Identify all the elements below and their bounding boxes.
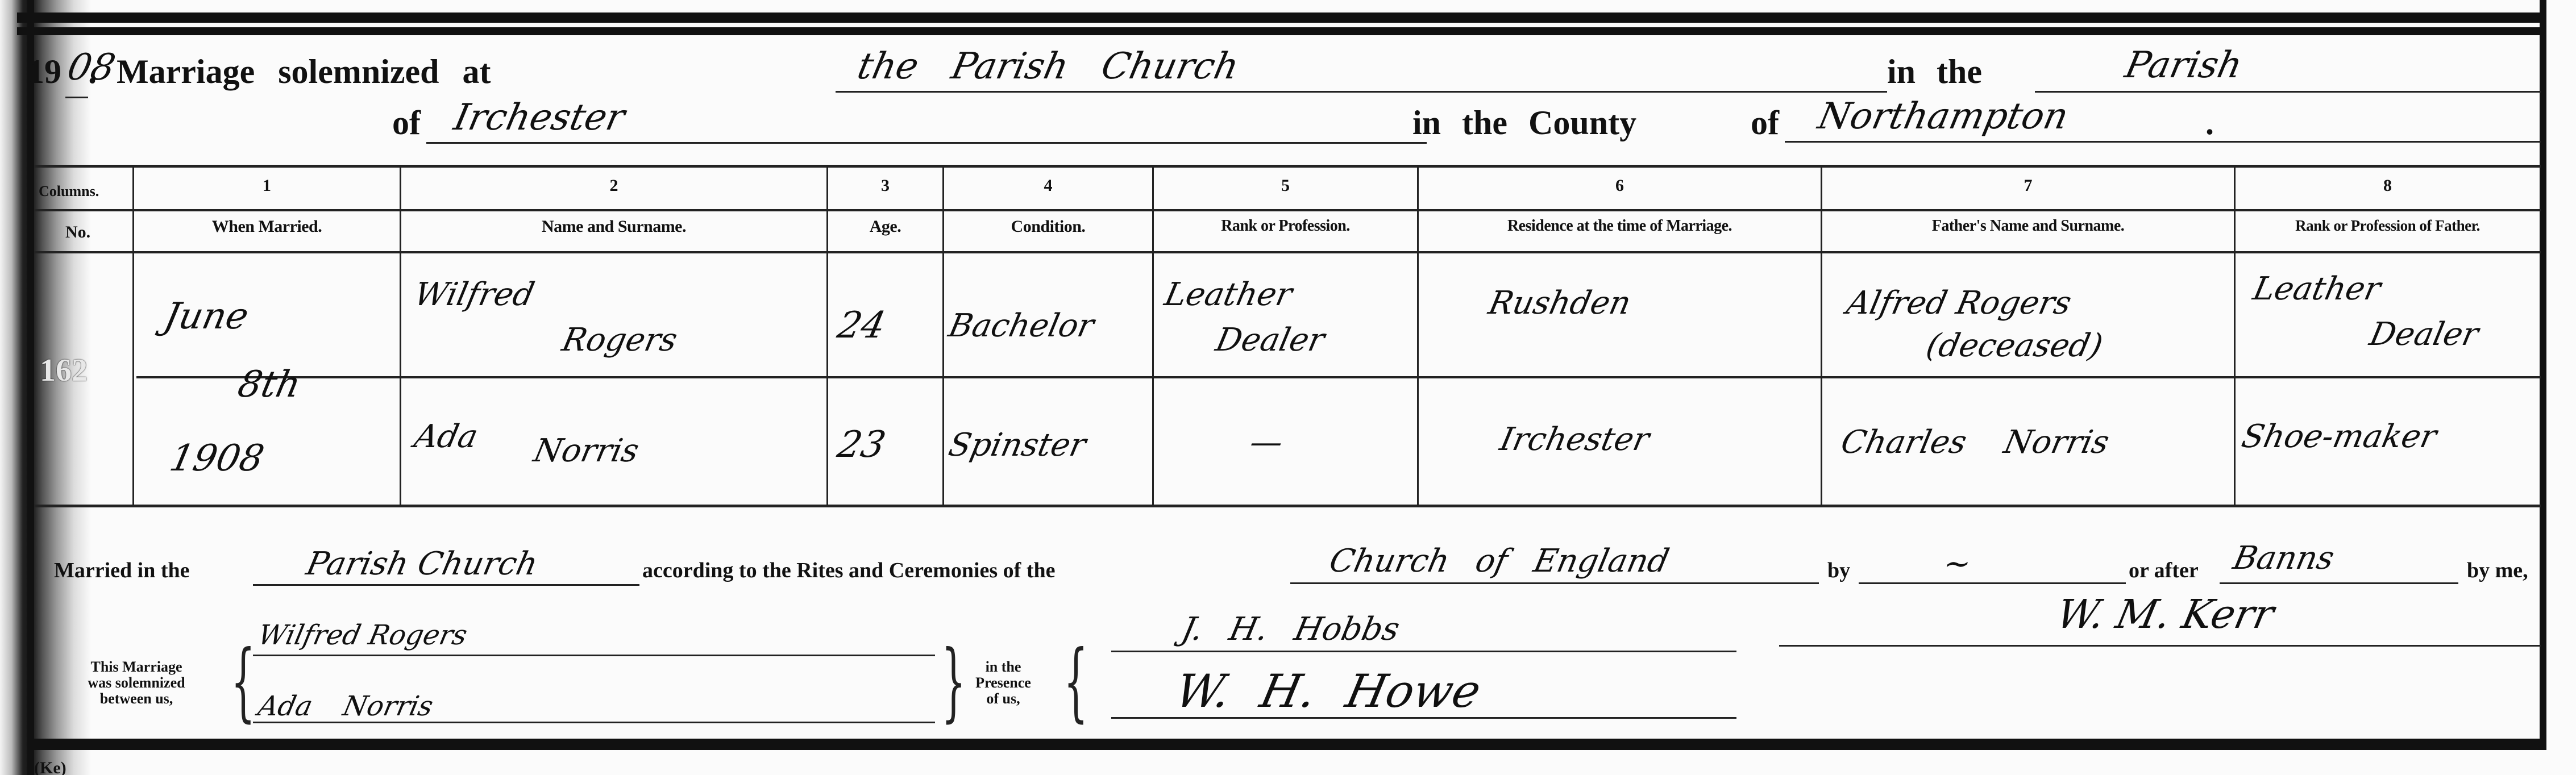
register-heading: 19 08 . Marriage solemnized at the Paris… bbox=[0, 0, 2576, 170]
groom-condition: Bachelor bbox=[945, 307, 1097, 344]
col-header-2: 2 Name and Surname. bbox=[401, 176, 826, 236]
col-label: Rank or Profession of Father. bbox=[2236, 217, 2540, 235]
of-label: of bbox=[392, 103, 421, 143]
table-row: Wilfred Rogers 24 Bachelor Leather Deale… bbox=[0, 253, 2541, 376]
solemnized-label: Marriage solemnized at bbox=[117, 52, 491, 91]
by-handwritten: ~ bbox=[1940, 545, 1975, 582]
col-label: Age. bbox=[828, 217, 942, 236]
bride-condition: Spinster bbox=[945, 427, 1089, 464]
margin-note: (Ke) bbox=[34, 759, 67, 775]
label-line: in the bbox=[961, 659, 1046, 675]
label-line: between us, bbox=[51, 691, 222, 707]
table-row: Ada Norris 23 Spinster — Irchester Charl… bbox=[0, 378, 2541, 505]
after-label: or after bbox=[2129, 558, 2199, 583]
col-number: 8 bbox=[2236, 176, 2540, 195]
rites-underline bbox=[1290, 582, 1819, 584]
groom-rank-line1: Leather bbox=[1161, 276, 1295, 313]
label-line: of us, bbox=[961, 691, 1046, 707]
groom-father-rank-line2: Dealer bbox=[2366, 316, 2482, 353]
married-in-handwritten: Parish Church bbox=[303, 545, 541, 582]
groom-age: 24 bbox=[834, 305, 889, 347]
col-label: Name and Surname. bbox=[401, 217, 826, 236]
district-underline bbox=[2035, 91, 2541, 93]
col-header-6: 6 Residence at the time of Marriage. bbox=[1419, 176, 1821, 235]
according-label: according to the Rites and Ceremonies of… bbox=[642, 558, 1055, 583]
col-label: Condition. bbox=[944, 217, 1152, 236]
after-handwritten: Banns bbox=[2230, 540, 2337, 577]
county-handwritten: Northampton bbox=[1814, 95, 2072, 137]
bride-father-name: Charles Norris bbox=[1838, 424, 2112, 461]
col-header-1: 1 When Married. bbox=[134, 176, 400, 236]
bride-residence: Irchester bbox=[1497, 421, 1652, 458]
col-header-8: 8 Rank or Profession of Father. bbox=[2236, 176, 2540, 235]
parish-handwritten: Irchester bbox=[450, 97, 629, 139]
by-label: by bbox=[1827, 558, 1850, 583]
left-brace-couple: { bbox=[231, 639, 255, 724]
in-the-label: in the bbox=[1887, 52, 1982, 91]
by-me-label: by me, bbox=[2467, 558, 2528, 583]
bride-signature-line bbox=[253, 722, 935, 723]
col-header-7: 7 Father's Name and Surname. bbox=[1822, 176, 2234, 235]
county-period: . bbox=[2205, 103, 2214, 143]
solemnized-between-label: This Marriage was solemnized between us, bbox=[51, 659, 222, 707]
year-underline bbox=[65, 97, 88, 98]
bride-first-name: Ada bbox=[411, 418, 481, 455]
presence-label: in the Presence of us, bbox=[961, 659, 1046, 707]
witness2-signature-line bbox=[1111, 717, 1736, 719]
left-brace-witnesses: { bbox=[1063, 639, 1088, 724]
bride-father-rank: Shoe-maker bbox=[2238, 418, 2440, 455]
col-header-4: 4 Condition. bbox=[944, 176, 1152, 236]
year-prefix: 19 bbox=[27, 52, 61, 91]
groom-signature-line bbox=[253, 655, 935, 656]
place-handwritten: the Parish Church bbox=[854, 45, 1243, 88]
bottom-border-bar bbox=[27, 739, 2546, 750]
district-handwritten: Parish bbox=[2121, 44, 2246, 86]
col-label: Father's Name and Surname. bbox=[1822, 217, 2234, 235]
after-underline bbox=[2220, 582, 2458, 584]
col-number: 5 bbox=[1154, 176, 1417, 195]
witness1-signature: J. H. Hobbs bbox=[1178, 611, 1403, 648]
col-header-5: 5 Rank or Profession. bbox=[1154, 176, 1417, 235]
bride-surname: Norris bbox=[530, 432, 642, 469]
col-number: 2 bbox=[401, 176, 826, 195]
col-number: 1 bbox=[134, 176, 400, 195]
place-underline bbox=[836, 91, 1887, 93]
label-line: Presence bbox=[961, 675, 1046, 691]
groom-signature: Wilfred Rogers bbox=[255, 619, 470, 651]
officiant-underline bbox=[1779, 645, 2541, 647]
col-number: 7 bbox=[1822, 176, 2234, 195]
label-line: This Marriage bbox=[51, 659, 222, 675]
ceremony-line: Married in the Parish Church according t… bbox=[0, 534, 2541, 591]
col-label: When Married. bbox=[134, 217, 400, 236]
groom-first-name: Wilfred bbox=[411, 276, 538, 313]
col-label: Rank or Profession. bbox=[1154, 217, 1417, 235]
parish-underline bbox=[426, 142, 1427, 144]
married-in-label: Married in the bbox=[54, 558, 190, 583]
groom-rank-line2: Dealer bbox=[1212, 322, 1328, 359]
col-label: Residence at the time of Marriage. bbox=[1419, 217, 1821, 235]
bride-age: 23 bbox=[834, 424, 889, 466]
groom-father-name: Alfred Rogers bbox=[1843, 285, 2075, 322]
county-of-label: of bbox=[1751, 103, 1779, 143]
county-underline bbox=[1785, 141, 2541, 143]
label-line: was solemnized bbox=[51, 675, 222, 691]
witness1-signature-line bbox=[1111, 651, 1736, 652]
col-number: 4 bbox=[944, 176, 1152, 195]
county-label: in the County bbox=[1412, 103, 1636, 143]
col-number: 3 bbox=[828, 176, 942, 195]
bride-rank: — bbox=[1247, 424, 1286, 461]
married-in-underline bbox=[253, 584, 639, 586]
officiant-signature: W. M. Kerr bbox=[2053, 591, 2278, 637]
groom-father-rank-line1: Leather bbox=[2250, 270, 2384, 307]
columns-label: Columns. bbox=[39, 183, 99, 200]
table-bottom-rule bbox=[34, 505, 2541, 507]
period: . bbox=[88, 52, 97, 91]
col-number: 6 bbox=[1419, 176, 1821, 195]
groom-surname: Rogers bbox=[559, 322, 680, 359]
by-underline bbox=[1859, 582, 2126, 584]
bride-signature: Ada Norris bbox=[255, 690, 436, 722]
groom-residence: Rushden bbox=[1485, 285, 1634, 322]
groom-father-note: (deceased) bbox=[1923, 327, 2106, 364]
col-header-3: 3 Age. bbox=[828, 176, 942, 236]
no-label: No. bbox=[65, 223, 90, 242]
rites-handwritten: Church of England bbox=[1326, 543, 1672, 580]
table-top-rule bbox=[34, 165, 2541, 168]
witness2-signature: W. H. Howe bbox=[1171, 665, 1485, 718]
